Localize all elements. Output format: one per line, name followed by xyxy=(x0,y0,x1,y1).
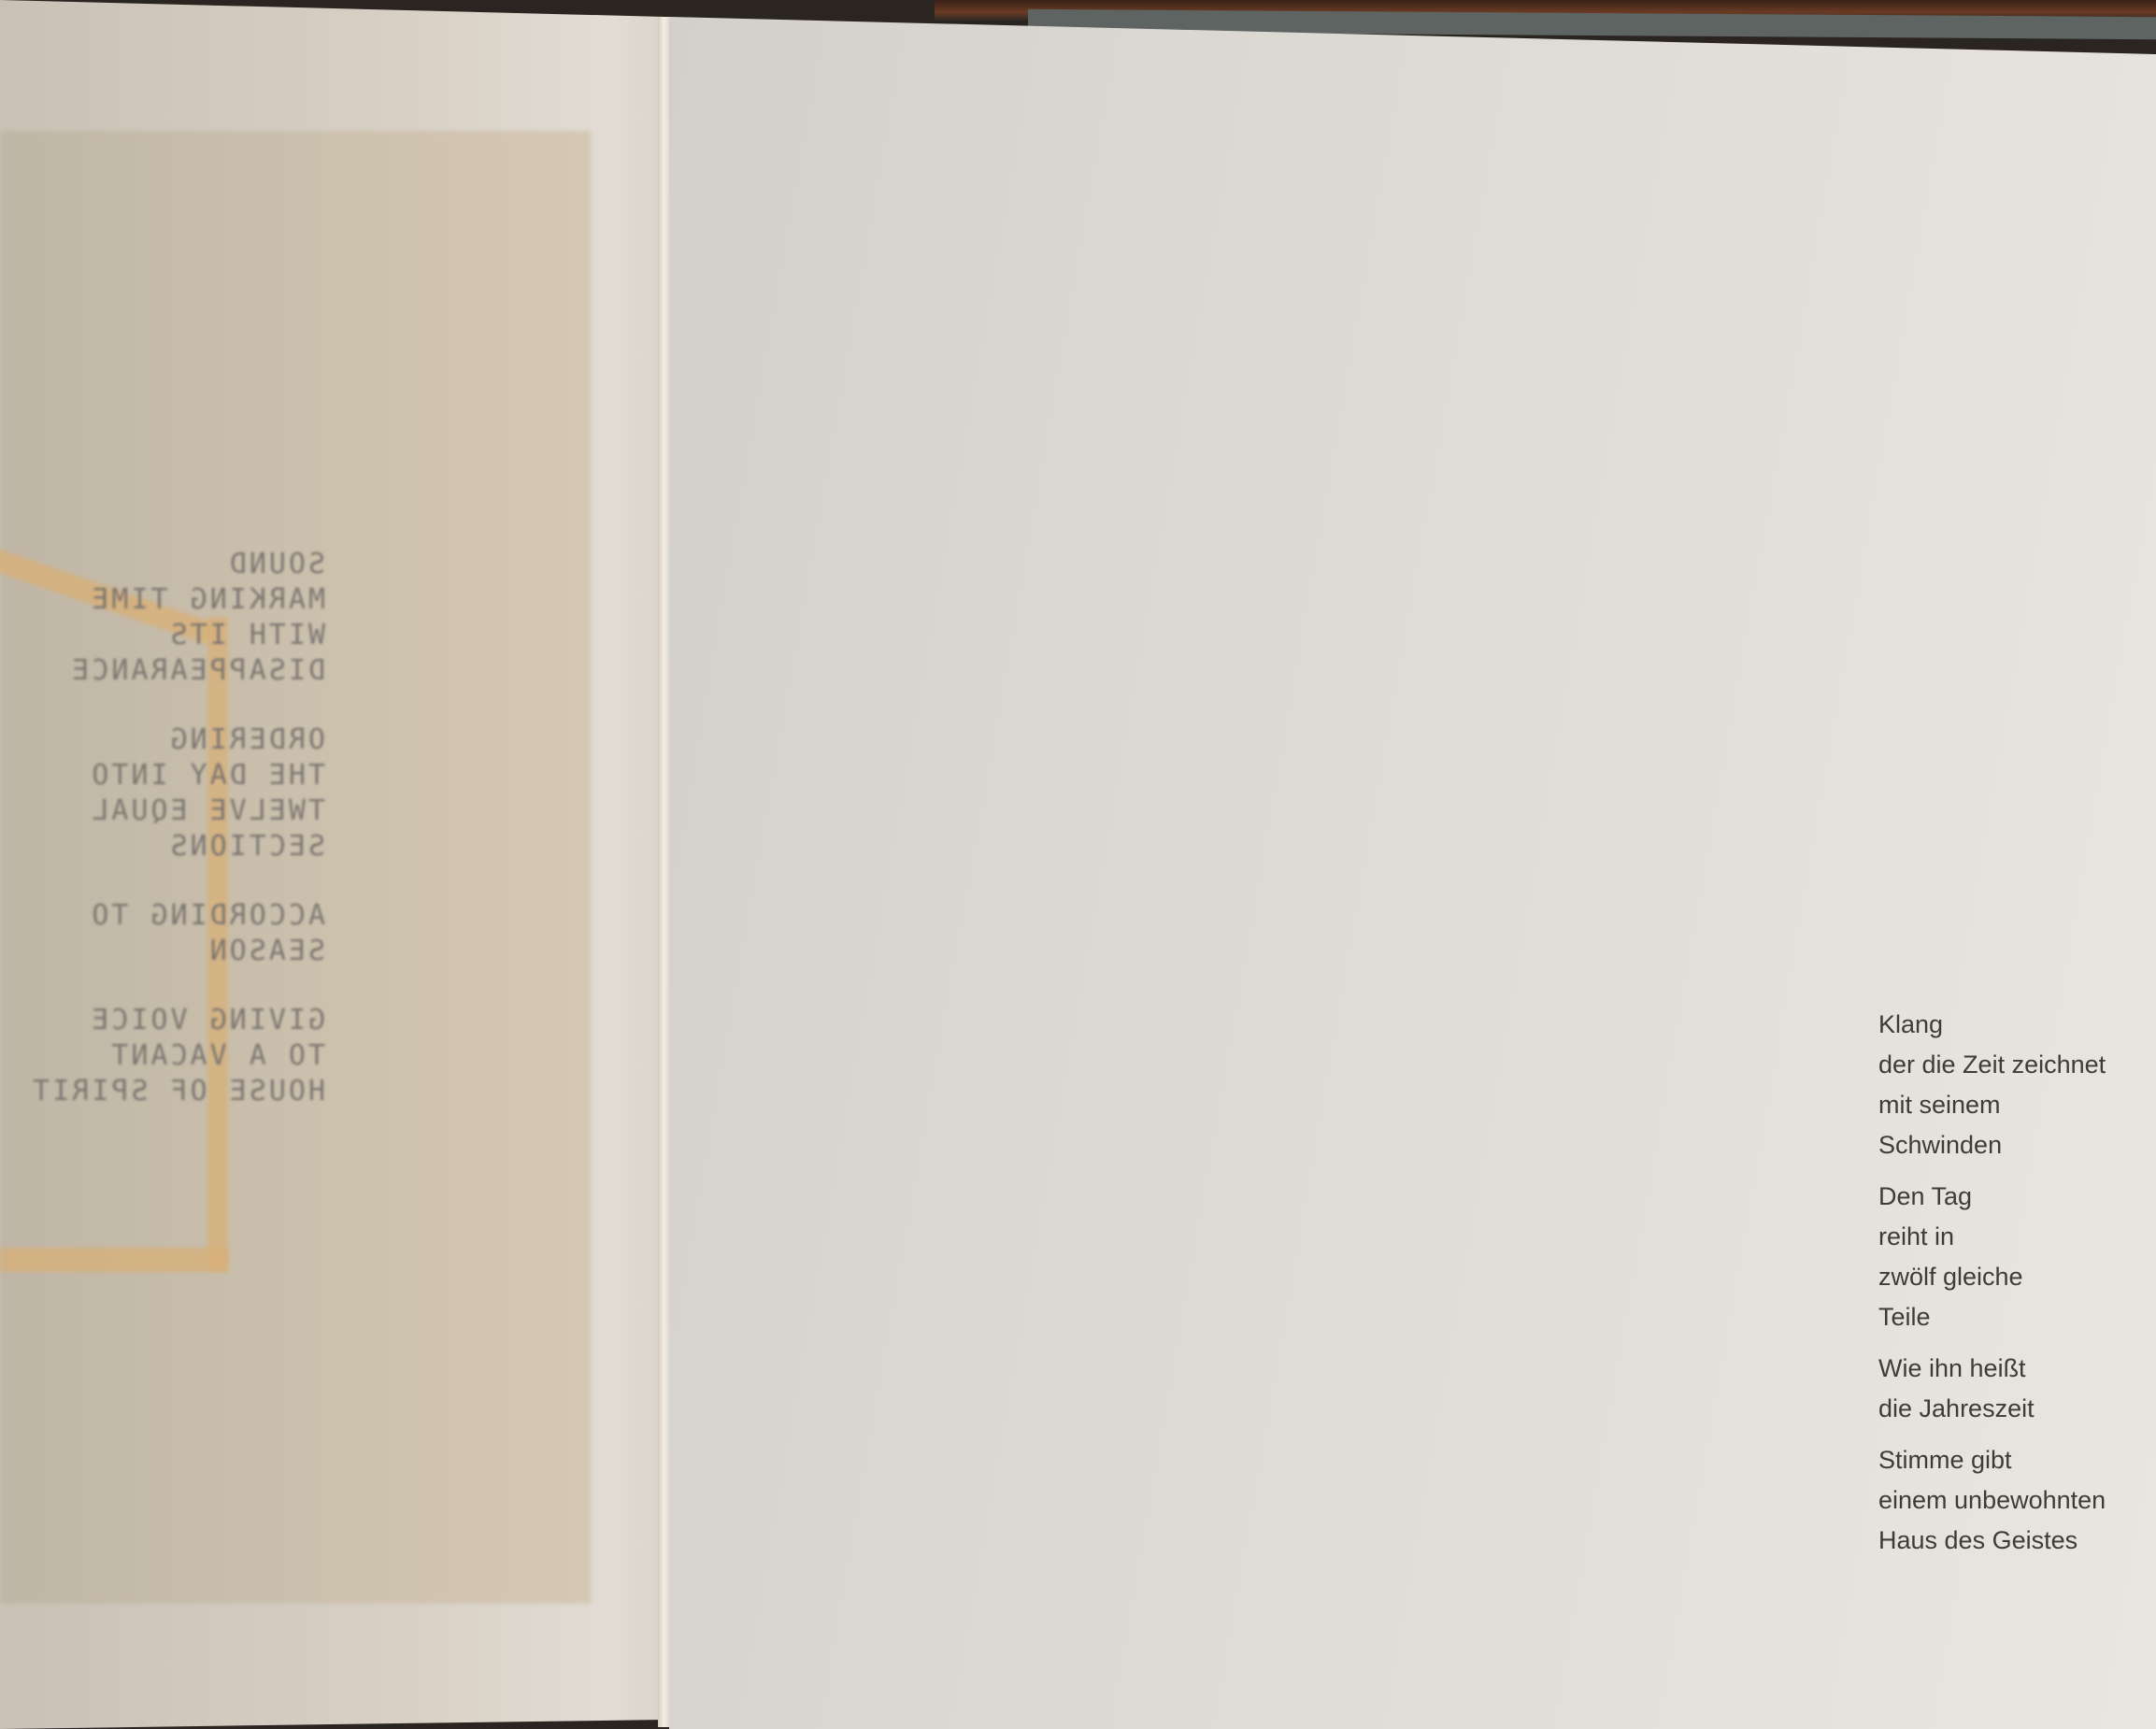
mirrored-handwritten-poem: SOUND MARKING TIME WITH ITS DISAPPEARANC… xyxy=(0,547,327,1143)
poem-line: reiht in xyxy=(1878,1217,2106,1257)
poem-line: einem unbewohnten xyxy=(1878,1480,2106,1521)
handwritten-line: MARKING TIME xyxy=(0,582,327,618)
poem-line: zwölf gleiche xyxy=(1878,1257,2106,1297)
poem-line: mit seinem xyxy=(1878,1085,2106,1125)
handwritten-line: TO A VACANT xyxy=(0,1038,327,1074)
handwritten-stanza-3: ACCORDING TO SEASON xyxy=(0,898,327,969)
book-gutter xyxy=(658,17,671,1727)
poem-stanza-2: Den Tag reiht in zwölf gleiche Teile xyxy=(1878,1177,2106,1337)
handwritten-stanza-4: GIVING VOICE TO A VACANT HOUSE OF SPIRIT xyxy=(0,1003,327,1109)
handwritten-line: GIVING VOICE xyxy=(0,1003,327,1038)
handwritten-line: TWELVE EQUAL xyxy=(0,793,327,829)
poem-stanza-1: Klang der die Zeit zeichnet mit seinem S… xyxy=(1878,1005,2106,1165)
handwritten-line: SOUND xyxy=(0,547,327,582)
poem-stanza-3: Wie ihn heißt die Jahreszeit xyxy=(1878,1349,2106,1429)
handwritten-line: WITH ITS xyxy=(0,618,327,653)
poem-line: Schwinden xyxy=(1878,1125,2106,1165)
poem-line: Haus des Geistes xyxy=(1878,1521,2106,1561)
handwritten-line: ACCORDING TO xyxy=(0,898,327,934)
poem-line: Stimme gibt xyxy=(1878,1440,2106,1480)
poem-line: der die Zeit zeichnet xyxy=(1878,1045,2106,1085)
handwritten-line: DISAPPEARANCE xyxy=(0,653,327,689)
poem-line: Klang xyxy=(1878,1005,2106,1045)
handwritten-line: SEASON xyxy=(0,934,327,969)
poem-line: die Jahreszeit xyxy=(1878,1389,2106,1429)
poem-stanza-4: Stimme gibt einem unbewohnten Haus des G… xyxy=(1878,1440,2106,1561)
handwritten-line: SECTIONS xyxy=(0,829,327,864)
poem-line: Teile xyxy=(1878,1297,2106,1337)
german-poem: Klang der die Zeit zeichnet mit seinem S… xyxy=(1878,1005,2106,1572)
poem-line: Den Tag xyxy=(1878,1177,2106,1217)
handwritten-stanza-2: ORDERING THE DAY INTO TWELVE EQUAL SECTI… xyxy=(0,722,327,864)
poem-line: Wie ihn heißt xyxy=(1878,1349,2106,1389)
handwritten-line: ORDERING xyxy=(0,722,327,758)
handwritten-stanza-1: SOUND MARKING TIME WITH ITS DISAPPEARANC… xyxy=(0,547,327,689)
handwritten-line: HOUSE OF SPIRIT xyxy=(0,1074,327,1109)
handwritten-line: THE DAY INTO xyxy=(0,758,327,793)
orange-line-horizontal xyxy=(0,1248,228,1272)
